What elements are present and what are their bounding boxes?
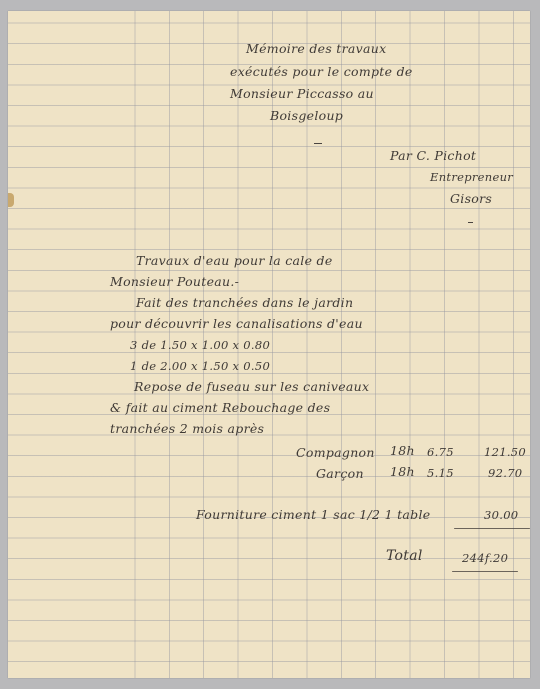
left-margin bbox=[8, 11, 101, 678]
item-compagnon-rate: 6.75 bbox=[427, 445, 454, 459]
grid-paper-sheet: Mémoire des travaux exécutés pour le com… bbox=[8, 11, 530, 678]
item-fourniture-amount: 30.00 bbox=[484, 508, 518, 522]
item-compagnon-hours: 18h bbox=[390, 443, 415, 458]
item-fourniture-label: Fourniture ciment 1 sac 1/2 1 table bbox=[196, 507, 430, 522]
body-text-line-2: pour découvrir les canalisations d'eau bbox=[110, 316, 363, 331]
sender-line-3: Gisors bbox=[450, 191, 492, 206]
item-garcon-amount: 92.70 bbox=[488, 466, 522, 480]
body-text-line-5: Repose de fuseau sur les caniveaux bbox=[134, 379, 369, 394]
heading-line-3: Monsieur Piccasso au bbox=[230, 86, 374, 101]
body-text-line-4: 1 de 2.00 x 1.50 x 0.50 bbox=[130, 359, 270, 373]
total-label: Total bbox=[386, 548, 423, 564]
item-garcon-hours: 18h bbox=[390, 464, 415, 479]
sender-line-1: Par C. Pichot bbox=[390, 148, 476, 163]
total-rule bbox=[452, 571, 518, 572]
body-text-line-7: tranchées 2 mois après bbox=[110, 421, 264, 436]
paper-stain bbox=[8, 193, 14, 207]
subtotal-rule bbox=[454, 528, 530, 529]
item-garcon-rate: 5.15 bbox=[427, 466, 454, 480]
sender-line-2: Entrepreneur bbox=[430, 170, 513, 184]
item-compagnon-label: Compagnon bbox=[296, 445, 375, 460]
heading-line-4: Boisgeloup bbox=[270, 108, 343, 123]
body-title-line-2: Monsieur Pouteau.- bbox=[110, 274, 239, 289]
item-garcon-label: Garçon bbox=[316, 466, 364, 481]
heading-line-1: Mémoire des travaux bbox=[246, 41, 386, 56]
item-compagnon-amount: 121.50 bbox=[484, 445, 526, 459]
total-amount: 244f.20 bbox=[462, 551, 508, 565]
body-title-line-1: Travaux d'eau pour la cale de bbox=[136, 253, 333, 268]
body-text-line-3: 3 de 1.50 x 1.00 x 0.80 bbox=[130, 338, 270, 352]
heading-dash bbox=[314, 143, 322, 144]
body-text-line-6: & fait au ciment Rebouchage des bbox=[110, 400, 330, 415]
body-text-line-1: Fait des tranchées dans le jardin bbox=[136, 295, 353, 310]
sender-dash bbox=[468, 222, 473, 223]
heading-line-2: exécutés pour le compte de bbox=[230, 64, 413, 79]
